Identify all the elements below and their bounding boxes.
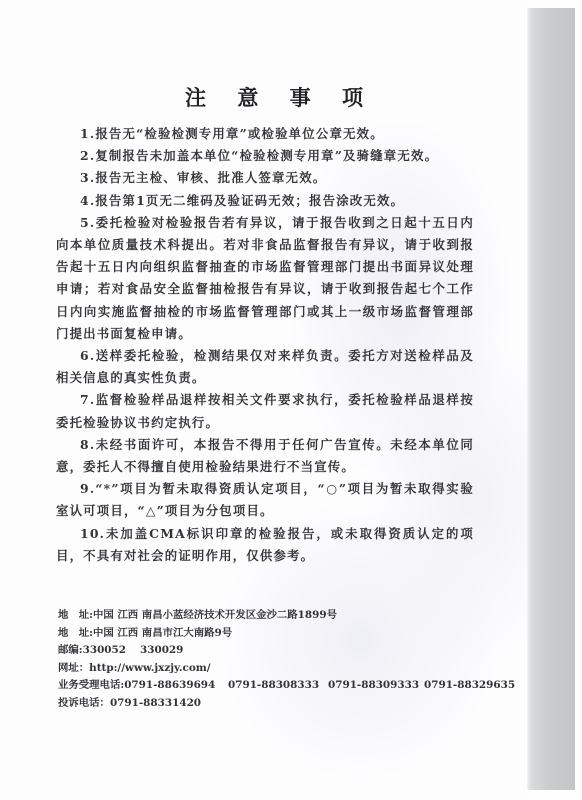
business-phone: 0791-88309333: [328, 677, 424, 695]
notice-item: 4.报告第1页无二维码及验证码无效；报告涂改无效。: [56, 190, 474, 212]
business-phone: 0791-88308333: [228, 677, 328, 695]
complaint-phone: 投诉电话：0791-88331420: [58, 695, 515, 713]
business-phones: 业务受理电话:0791-886396940791-883083330791-88…: [58, 677, 515, 695]
notice-item: 10.未加盖CMA标识印章的检验报告，或未取得资质认定的项目，不具有对社会的证明…: [56, 523, 474, 567]
postcode: 邮编:330052 330029: [58, 642, 515, 660]
address-2: 地 址:中国 江西 南昌市江大南路9号: [58, 625, 515, 643]
business-phone: 0791-88329635: [424, 677, 515, 695]
notice-list: 1.报告无“检验检测专用章”或检验单位公章无效。 2.复制报告未加盖本单位“检验…: [56, 123, 474, 567]
document-page: 注 意 事 项 1.报告无“检验检测专用章”或检验单位公章无效。 2.复制报告未…: [0, 0, 528, 800]
notice-item: 7.监督检验样品退样按相关文件要求执行，委托检验样品退样按委托检验协议书约定执行…: [56, 389, 474, 433]
business-phone-label: 业务受理电话:: [58, 677, 124, 695]
notice-item: 5.委托检验对检验报告若有异议，请于报告收到之日起十五日内向本单位质量技术科提出…: [56, 212, 474, 345]
notice-item: 1.报告无“检验检测专用章”或检验单位公章无效。: [56, 123, 474, 145]
contact-info: 地 址:中国 江西 南昌小蓝经济技术开发区金沙二路1899号 地 址:中国 江西…: [58, 607, 515, 713]
address-1: 地 址:中国 江西 南昌小蓝经济技术开发区金沙二路1899号: [58, 607, 515, 625]
notice-item: 2.复制报告未加盖本单位“检验检测专用章”及骑缝章无效。: [56, 145, 474, 167]
notice-item: 8.未经书面许可，本报告不得用于任何广告宣传。未经本单位同意，委托人不得擅自使用…: [56, 434, 474, 478]
scan-edge-shadow: [527, 8, 575, 790]
business-phone: 0791-88639694: [124, 677, 215, 695]
notice-item: 3.报告无主检、审核、批准人签章无效。: [56, 167, 474, 189]
notice-item: 9.“*”项目为暂未取得资质认定项目，“○”项目为暂未取得实验室认可项目，“△”…: [56, 478, 474, 522]
website: 网址：http://www.jxzjy.com/: [58, 660, 515, 678]
notice-item: 6.送样委托检验，检测结果仅对来样负责。委托方对送检样品及相关信息的真实性负责。: [56, 345, 474, 389]
document-title: 注 意 事 项: [0, 82, 560, 112]
